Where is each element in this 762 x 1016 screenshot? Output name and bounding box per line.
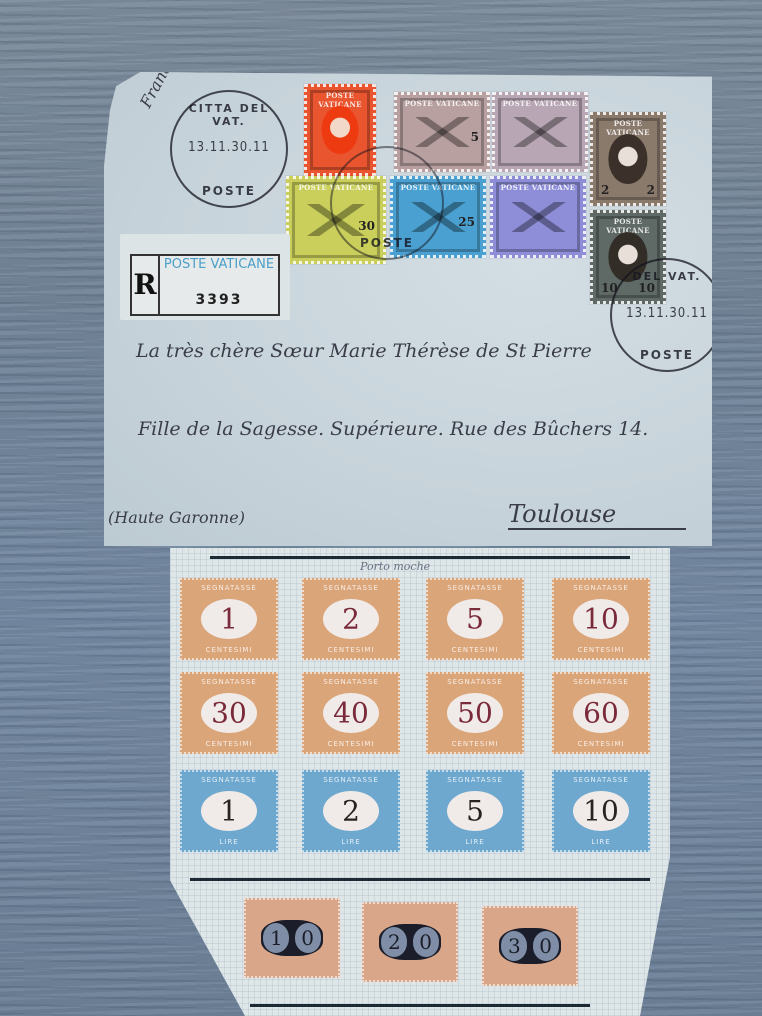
- album-page: Porto moche SEGNATASSE1CENTESIMISEGNATAS…: [170, 548, 670, 1016]
- pope-portrait-icon: [322, 106, 359, 154]
- middle-rule: [190, 878, 650, 881]
- address-line-2: Fille de la Sagesse. Supérieure. Rue des…: [138, 418, 648, 440]
- registration-number: 3393: [160, 292, 278, 308]
- bottom-rule: [250, 1004, 590, 1007]
- postage-due-stamp: SEGNATASSE40CENTESIMI: [302, 672, 400, 754]
- postage-due-stamp: SEGNATASSE5LIRE: [426, 770, 524, 852]
- vatican-stamp: POSTE VATICANE22: [590, 112, 666, 206]
- postage-due-stamp: SEGNATASSE1CENTESIMI: [180, 578, 278, 660]
- postage-due-stamp: SEGNATASSE5CENTESIMI: [426, 578, 524, 660]
- postage-due-stamp: SEGNATASSE50CENTESIMI: [426, 672, 524, 754]
- top-rule: [210, 556, 630, 559]
- address-region: (Haute Garonne): [108, 508, 245, 527]
- postmark-left: CITTA DEL VAT. 13.11.30.11 POSTE: [170, 90, 288, 208]
- surcharged-stamp: 20: [362, 902, 458, 982]
- registration-label: R POSTE VATICANE 3393: [120, 234, 290, 320]
- postage-due-stamp: SEGNATASSE30CENTESIMI: [180, 672, 278, 754]
- registration-office: POSTE VATICANE: [160, 258, 278, 272]
- postage-due-stamp: SEGNATASSE10CENTESIMI: [552, 578, 650, 660]
- postage-due-stamp: SEGNATASSE10LIRE: [552, 770, 650, 852]
- postmark-right: DEL VAT. 13.11.30.11 POSTE: [610, 258, 724, 372]
- postage-due-stamp: SEGNATASSE2LIRE: [302, 770, 400, 852]
- surcharged-stamp: 10: [244, 898, 340, 978]
- vatican-stamp: POSTE VATICANE: [490, 176, 586, 258]
- address-city: Toulouse: [508, 500, 686, 530]
- registration-letter: R: [132, 256, 160, 314]
- surcharged-stamp: 30: [482, 906, 578, 986]
- address-line-1: La très chère Sœur Marie Thérèse de St P…: [136, 340, 592, 362]
- postage-due-stamp: SEGNATASSE1LIRE: [180, 770, 278, 852]
- crossed-keys-icon: [411, 117, 474, 147]
- album-heading: Porto moche: [360, 560, 430, 573]
- postage-due-stamp: SEGNATASSE60CENTESIMI: [552, 672, 650, 754]
- crossed-keys-icon: [509, 117, 572, 147]
- crossed-keys-icon: [507, 202, 570, 232]
- postage-due-stamp: SEGNATASSE2CENTESIMI: [302, 578, 400, 660]
- postmark-middle: POSTE: [330, 146, 444, 260]
- vatican-stamp: POSTE VATICANE: [492, 92, 588, 172]
